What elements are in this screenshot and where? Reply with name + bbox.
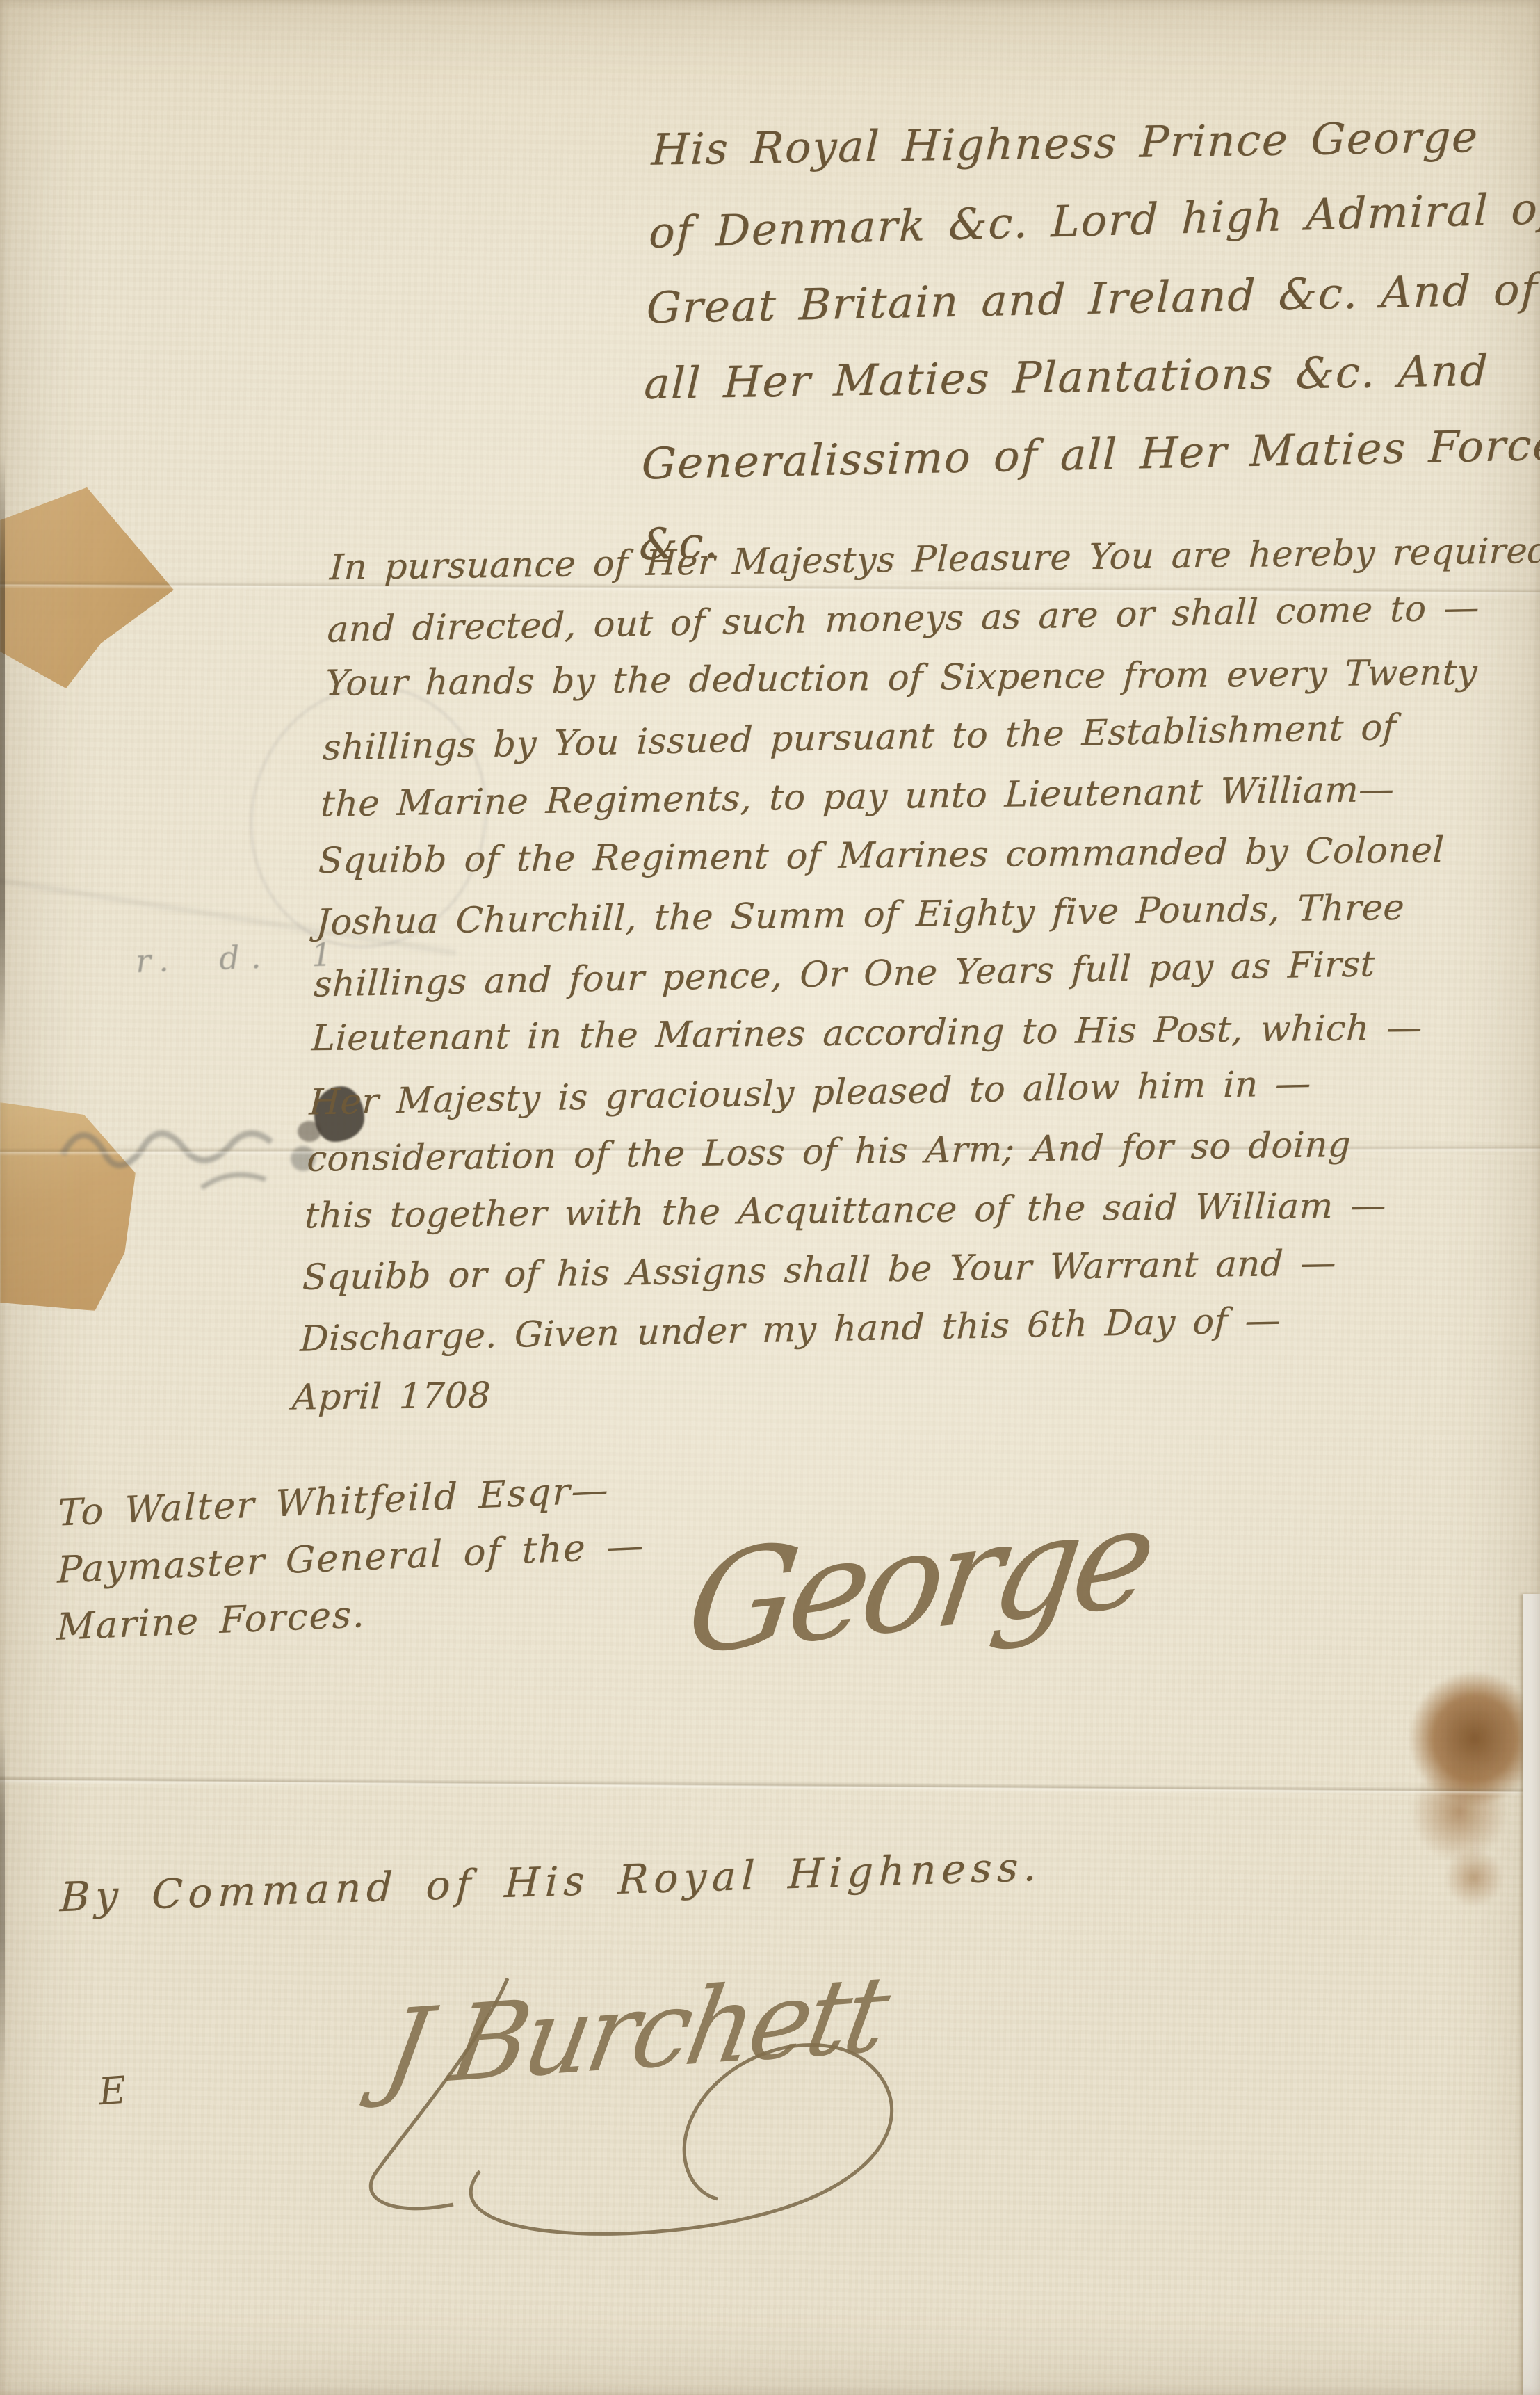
fold-crease-bottom [0, 1775, 1540, 1796]
body-line-15: April 1708 [291, 1366, 492, 1428]
manuscript-scan: r. d. 1 His Royal Highness Prince George… [0, 0, 1540, 2395]
address-block: To Walter Whitfeild Esqr— Paymaster Gene… [56, 1460, 646, 1656]
margin-mark: E [97, 2068, 128, 2114]
scan-background-strip [1523, 1594, 1540, 2395]
pencil-annotation: r. d. 1 [135, 935, 343, 980]
paper-edge-left [0, 0, 5, 2395]
heading-block: His Royal Highness Prince George of Denm… [638, 95, 1536, 581]
brown-stain-right-small [1432, 1836, 1516, 1919]
brown-stain-right [1391, 1655, 1540, 1864]
command-line: By Command of His Royal Highness. [59, 1843, 1043, 1921]
body-block: In pursuance of Her Majestys Pleasure Yo… [351, 0, 1526, 8]
royal-signature: George [679, 1476, 1159, 1686]
